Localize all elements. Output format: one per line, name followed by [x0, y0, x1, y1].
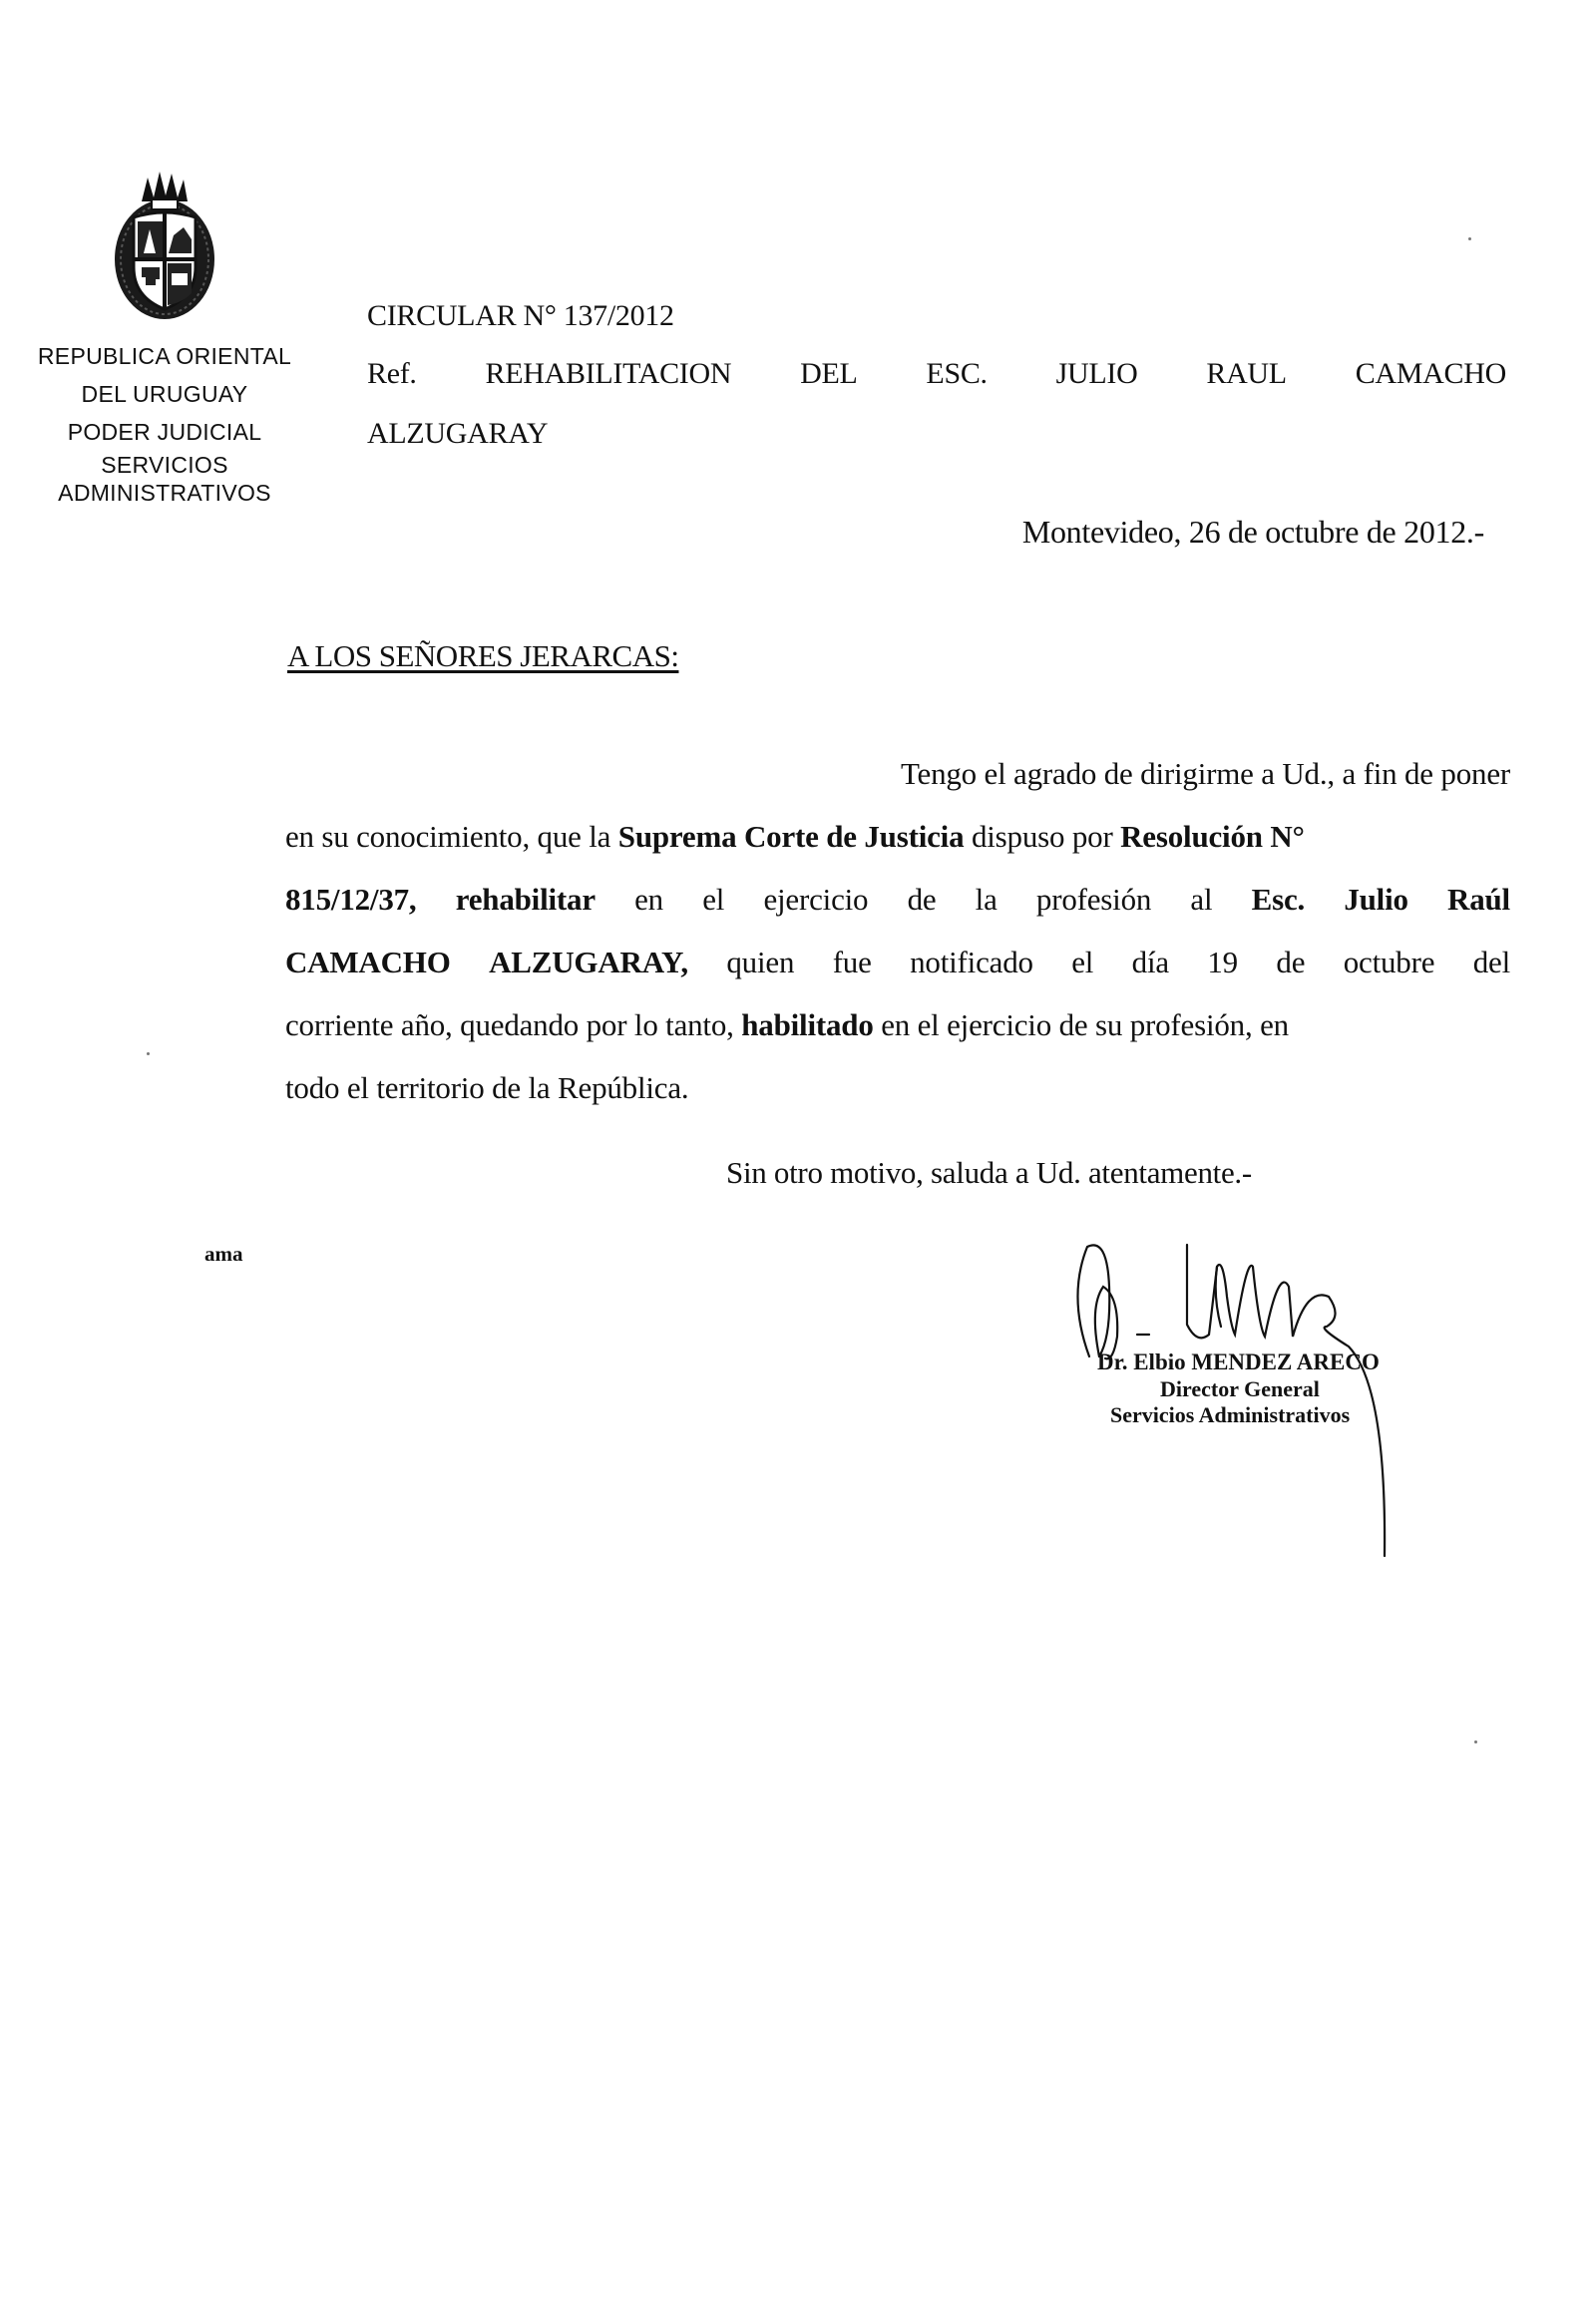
bold-text: CAMACHO — [285, 945, 451, 980]
circular-number: CIRCULAR N° 137/2012 — [367, 299, 674, 333]
body-text: de — [1276, 945, 1305, 980]
body-text: al — [1190, 882, 1212, 918]
bold-text: Suprema Corte de Justicia — [618, 819, 965, 854]
body-text: quien — [726, 945, 794, 980]
letter-date: Montevideo, 26 de octubre de 2012.- — [1022, 514, 1484, 551]
bold-text: Julio — [1344, 882, 1407, 918]
ref-word: DEL — [800, 357, 857, 391]
ref-word: JULIO — [1056, 357, 1138, 391]
body-line-2: en su conocimiento, que la Suprema Corte… — [285, 819, 1510, 855]
letterhead-line: DEL URUGUAY — [30, 375, 299, 413]
body-line-6: todo el territorio de la República. — [285, 1070, 1510, 1106]
salutation: A LOS SEÑORES JERARCAS: — [287, 638, 678, 674]
body-text: en su conocimiento, que la — [285, 819, 618, 854]
bold-text: Esc. — [1252, 882, 1305, 918]
bold-text: rehabilitar — [456, 882, 596, 918]
letterhead-department: REPUBLICA ORIENTAL DEL URUGUAY PODER JUD… — [30, 337, 299, 507]
body-text: ejercicio — [763, 882, 868, 918]
body-line-4: CAMACHOALZUGARAY,quienfuenotificadoeldía… — [285, 945, 1510, 980]
letterhead-line: SERVICIOS — [30, 451, 299, 479]
letterhead-line: ADMINISTRATIVOS — [30, 479, 299, 507]
reference-line: Ref. REHABILITACION DEL ESC. JULIO RAUL … — [367, 357, 1506, 391]
signatory-title: Director General — [1160, 1376, 1320, 1402]
scan-speck — [147, 1052, 150, 1055]
bold-text: ALZUGARAY, — [489, 945, 688, 980]
closing-line: Sin otro motivo, saluda a Ud. atentament… — [726, 1155, 1252, 1191]
ref-word: Ref. — [367, 357, 417, 391]
bold-text: habilitado — [741, 1007, 873, 1042]
body-text: del — [1473, 945, 1510, 980]
body-text: notificado — [910, 945, 1033, 980]
body-line-3: 815/12/37,rehabilitarenelejerciciodelapr… — [285, 882, 1510, 918]
body-text: día — [1132, 945, 1169, 980]
ref-word: CAMACHO — [1356, 357, 1506, 391]
signature-block: Dr. Elbio MENDEZ ARECO Director General … — [1027, 1227, 1426, 1586]
signatory-name: Dr. Elbio MENDEZ ARECO — [1097, 1349, 1380, 1375]
body-text: 19 — [1207, 945, 1238, 980]
body-text: octubre — [1344, 945, 1435, 980]
body-text: en el ejercicio de su profesión, en — [874, 1007, 1289, 1042]
ref-word: RAUL — [1206, 357, 1286, 391]
body-paragraph: Tengo el agrado de dirigirme a Ud., a fi… — [285, 756, 1510, 1135]
body-text: de — [908, 882, 937, 918]
body-text: en — [634, 882, 663, 918]
body-text: la — [976, 882, 997, 918]
letterhead-line: PODER JUDICIAL — [30, 413, 299, 451]
bold-text: Resolución N° — [1120, 819, 1305, 854]
typist-initials: ama — [204, 1242, 243, 1267]
reference-line-2: ALZUGARAY — [367, 417, 548, 451]
body-text: profesión — [1036, 882, 1151, 918]
body-line-1: Tengo el agrado de dirigirme a Ud., a fi… — [285, 756, 1510, 792]
bold-text: 815/12/37, — [285, 882, 416, 918]
ref-word: ESC. — [926, 357, 987, 391]
body-text: corriente año, quedando por lo tanto, — [285, 1007, 741, 1042]
uruguay-coat-of-arms-icon — [112, 168, 217, 323]
body-text: el — [702, 882, 724, 918]
letterhead-line: REPUBLICA ORIENTAL — [30, 337, 299, 375]
body-text: fue — [833, 945, 872, 980]
body-text: dispuso por — [964, 819, 1120, 854]
bold-text: Raúl — [1447, 882, 1510, 918]
body-text: el — [1071, 945, 1093, 980]
signatory-department: Servicios Administrativos — [1110, 1402, 1350, 1428]
ref-word: REHABILITACION — [486, 357, 732, 391]
scan-speck — [1474, 1740, 1477, 1743]
body-line-5: corriente año, quedando por lo tanto, ha… — [285, 1007, 1510, 1043]
scan-speck — [1468, 237, 1471, 240]
